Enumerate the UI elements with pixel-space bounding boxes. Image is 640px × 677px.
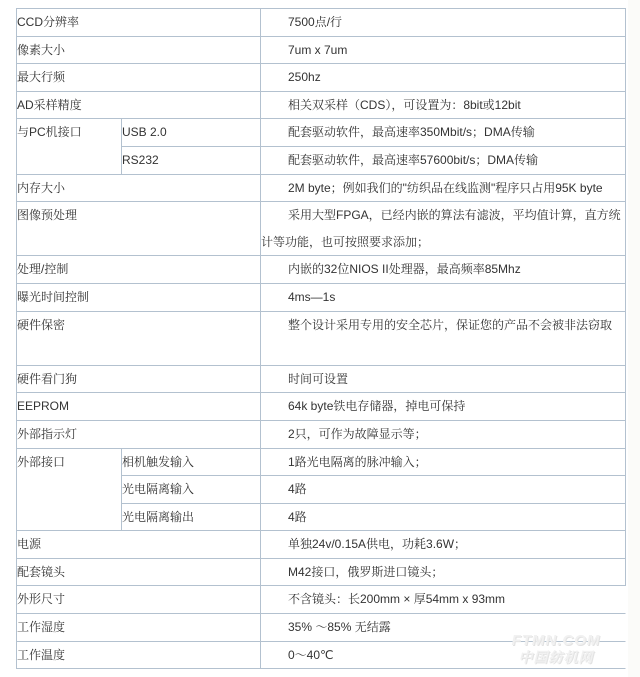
spec-value: 2M byte；例如我们的"纺织品在线监测"程序只占用95K byte bbox=[261, 175, 626, 203]
spec-label: 工作温度 bbox=[17, 642, 261, 670]
spec-sublabel: 相机触发输入 bbox=[122, 449, 261, 477]
spec-value: 4路 bbox=[261, 504, 626, 532]
spec-value: 采用大型FPGA，已经内嵌的算法有滤波，平均值计算，直方统计等功能，也可按照要求… bbox=[261, 202, 626, 256]
spec-row-indicator-lights: 外部指示灯 2只，可作为故障显示等； bbox=[17, 421, 626, 449]
spec-group-label: 与PC机接口 bbox=[17, 119, 122, 174]
spec-row-ad-precision: AD采样精度 相关双采样（CDS），可设置为：8bit或12bit bbox=[17, 92, 626, 120]
spec-value-text: 采用大型FPGA，已经内嵌的算法有滤波，平均值计算，直方统计等功能，也可按照要求… bbox=[261, 202, 625, 255]
spec-value: 1路光电隔离的脉冲输入； bbox=[261, 449, 626, 477]
spec-label: 外部指示灯 bbox=[17, 421, 261, 449]
spec-value-text: 整个设计采用专用的安全芯片，保证您的产品不会被非法窃取 bbox=[261, 312, 625, 365]
spec-value: 4ms—1s bbox=[261, 284, 626, 312]
spec-row-lens: 配套镜头 M42接口，俄罗斯进口镜头； bbox=[17, 559, 626, 587]
spec-value: 7um x 7um bbox=[261, 37, 626, 65]
spec-value: 相关双采样（CDS），可设置为：8bit或12bit bbox=[261, 92, 626, 120]
spec-label: EEPROM bbox=[17, 393, 261, 421]
spec-label: 最大行频 bbox=[17, 64, 261, 92]
spec-row-processing-control: 处理/控制 内嵌的32位NIOS II处理器，最高频率85Mhz bbox=[17, 256, 626, 284]
spec-label: 曝光时间控制 bbox=[17, 284, 261, 312]
watermark-line2: 中国纺机网 bbox=[500, 647, 612, 667]
spec-label: 像素大小 bbox=[17, 37, 261, 65]
spec-value: 2只，可作为故障显示等； bbox=[261, 421, 626, 449]
spec-value: 配套驱动软件，最高速率350Mbit/s；DMA传输 bbox=[261, 119, 626, 147]
spec-sublabel: 光电隔离输入 bbox=[122, 476, 261, 504]
spec-table: CCD分辨率 7500点/行 像素大小 7um x 7um 最大行频 250hz… bbox=[16, 8, 626, 669]
spec-value: 内嵌的32位NIOS II处理器，最高频率85Mhz bbox=[261, 256, 626, 284]
spec-row-pixel-size: 像素大小 7um x 7um bbox=[17, 37, 626, 65]
spec-sublabel: RS232 bbox=[122, 147, 261, 175]
spec-row-dimensions: 外形尺寸 不含镜头：长200mm × 厚54mm x 93mm bbox=[17, 586, 626, 614]
spec-label: CCD分辨率 bbox=[17, 9, 261, 37]
spec-label: 硬件看门狗 bbox=[17, 366, 261, 394]
spec-label: 内存大小 bbox=[17, 175, 261, 203]
spec-group-label: 外部接口 bbox=[17, 449, 122, 532]
spec-row-eeprom: EEPROM 64k byte铁电存储器，掉电可保持 bbox=[17, 393, 626, 421]
spec-row-max-line-rate: 最大行频 250hz bbox=[17, 64, 626, 92]
spec-row-watchdog: 硬件看门狗 时间可设置 bbox=[17, 366, 626, 394]
spec-row-memory: 内存大小 2M byte；例如我们的"纺织品在线监测"程序只占用95K byte bbox=[17, 175, 626, 203]
spec-label: 处理/控制 bbox=[17, 256, 261, 284]
spec-row-pc-interface-usb: 与PC机接口 USB 2.0 配套驱动软件，最高速率350Mbit/s；DMA传… bbox=[17, 119, 626, 147]
spec-value: M42接口，俄罗斯进口镜头； bbox=[261, 559, 626, 587]
spec-label: 配套镜头 bbox=[17, 559, 261, 587]
spec-sublabel: 光电隔离输出 bbox=[122, 504, 261, 532]
spec-row-power: 电源 单独24v/0.15A供电，功耗3.6W； bbox=[17, 531, 626, 559]
spec-row-ccd-resolution: CCD分辨率 7500点/行 bbox=[17, 9, 626, 37]
spec-label: 图像预处理 bbox=[17, 202, 261, 256]
spec-row-image-preprocessing: 图像预处理 采用大型FPGA，已经内嵌的算法有滤波，平均值计算，直方统计等功能，… bbox=[17, 202, 626, 256]
spec-row-hardware-security: 硬件保密 整个设计采用专用的安全芯片，保证您的产品不会被非法窃取 bbox=[17, 312, 626, 366]
spec-label: 工作湿度 bbox=[17, 614, 261, 642]
spec-value: 64k byte铁电存储器，掉电可保持 bbox=[261, 393, 626, 421]
page-edge-strip bbox=[628, 0, 640, 677]
spec-label: 电源 bbox=[17, 531, 261, 559]
spec-label: 硬件保密 bbox=[17, 312, 261, 366]
spec-value: 不含镜头：长200mm × 厚54mm x 93mm bbox=[261, 586, 626, 614]
spec-label: 外形尺寸 bbox=[17, 586, 261, 614]
spec-label: AD采样精度 bbox=[17, 92, 261, 120]
spec-value: 配套驱动软件，最高速率57600bit/s；DMA传输 bbox=[261, 147, 626, 175]
spec-value: 250hz bbox=[261, 64, 626, 92]
spec-value: 单独24v/0.15A供电，功耗3.6W； bbox=[261, 531, 626, 559]
spec-value: 时间可设置 bbox=[261, 366, 626, 394]
spec-row-exposure-control: 曝光时间控制 4ms—1s bbox=[17, 284, 626, 312]
spec-sublabel: USB 2.0 bbox=[122, 119, 261, 147]
spec-value: 4路 bbox=[261, 476, 626, 504]
spec-row-external-trigger-input: 外部接口 相机触发输入 1路光电隔离的脉冲输入； bbox=[17, 449, 626, 477]
spec-value: 整个设计采用专用的安全芯片，保证您的产品不会被非法窃取 bbox=[261, 312, 626, 366]
spec-value: 7500点/行 bbox=[261, 9, 626, 37]
